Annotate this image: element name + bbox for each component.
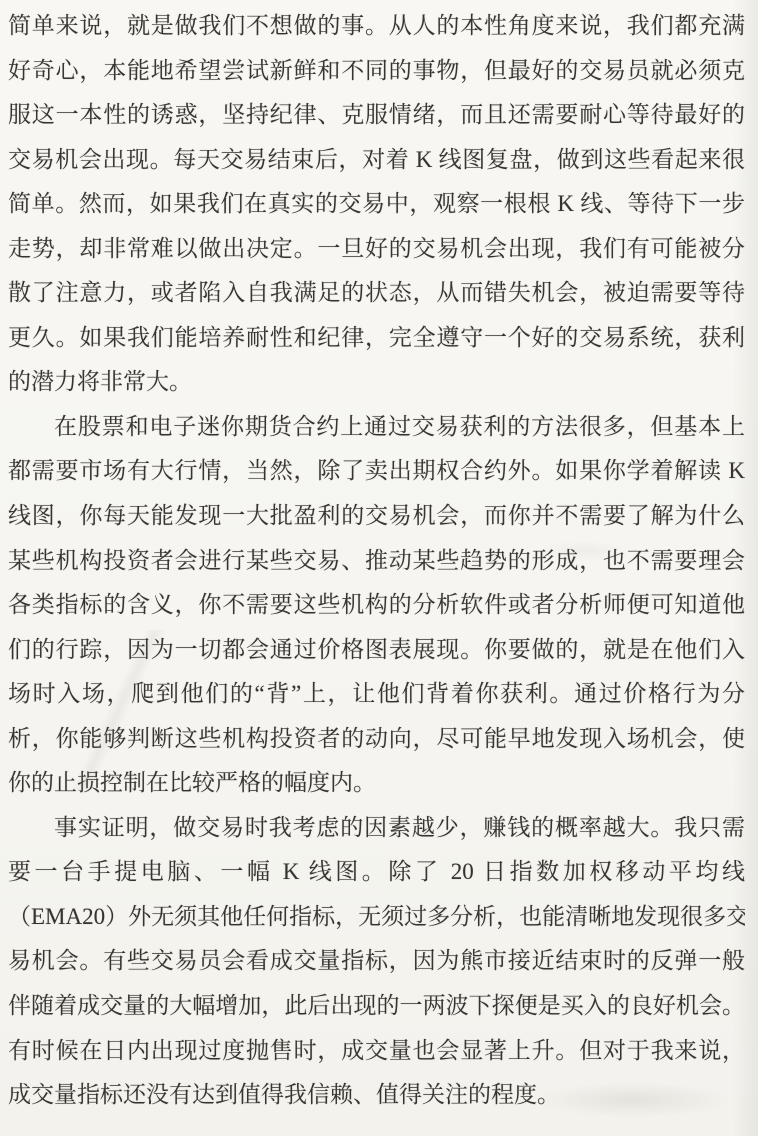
text-line: 成交量指标还没有达到值得我信赖、值得关注的程度。 <box>8 1073 745 1118</box>
text-line: 散了注意力，或者陷入自我满足的状态，从而错失机会，被迫需要等待 <box>8 271 745 316</box>
text-line: 简单来说，就是做我们不想做的事。从人的本性角度来说，我们都充满 <box>8 4 745 49</box>
text-line: 场时入场，爬到他们的“背”上，让他们背着你获利。通过价格行为分 <box>8 672 745 717</box>
text-line: （EMA20）外无须其他任何指标，无须过多分析，也能清晰地发现很多交 <box>8 895 745 940</box>
text-line: 要一台手提电脑、一幅 K 线图。除了 20 日指数加权移动平均线 <box>8 850 745 895</box>
text-line: 你的止损控制在比较严格的幅度内。 <box>8 761 745 806</box>
scanned-book-page: { "colors": { "paper": "#f6f5f1", "ink":… <box>0 0 758 1136</box>
text-line: 简单。然而，如果我们在真实的交易中，观察一根根 K 线、等待下一步 <box>8 182 745 227</box>
page-text-area: 简单来说，就是做我们不想做的事。从人的本性角度来说，我们都充满 好奇心，本能地希… <box>0 0 758 1136</box>
text-line: 们的行踪，因为一切都会通过价格图表展现。你要做的，就是在他们入 <box>8 628 745 673</box>
text-line: 走势，却非常难以做出决定。一旦好的交易机会出现，我们有可能被分 <box>8 227 745 272</box>
text-line: 的潜力将非常大。 <box>8 360 745 405</box>
text-line: 服这一本性的诱惑，坚持纪律、克服情绪，而且还需要耐心等待最好的 <box>8 93 745 138</box>
text-line: 线图，你每天能发现一大批盈利的交易机会，而你并不需要了解为什么 <box>8 494 745 539</box>
text-line: 有时候在日内出现过度抛售时，成交量也会显著上升。但对于我来说， <box>8 1029 745 1074</box>
paragraph-2: 在股票和电子迷你期货合约上通过交易获利的方法很多，但基本上 都需要市场有大行情，… <box>8 405 745 806</box>
text-line: 某些机构投资者会进行某些交易、推动某些趋势的形成，也不需要理会 <box>8 539 745 584</box>
text-line: 交易机会出现。每天交易结束后，对着 K 线图复盘，做到这些看起来很 <box>8 138 745 183</box>
text-line: 事实证明，做交易时我考虑的因素越少，赚钱的概率越大。我只需 <box>8 806 745 851</box>
paragraph-3: 事实证明，做交易时我考虑的因素越少，赚钱的概率越大。我只需 要一台手提电脑、一幅… <box>8 806 745 1118</box>
text-line: 易机会。有些交易员会看成交量指标，因为熊市接近结束时的反弹一般 <box>8 939 745 984</box>
text-line: 伴随着成交量的大幅增加，此后出现的一两波下探便是买入的良好机会。 <box>8 984 745 1029</box>
text-line: 好奇心，本能地希望尝试新鲜和不同的事物，但最好的交易员就必须克 <box>8 49 745 94</box>
paragraph-1: 简单来说，就是做我们不想做的事。从人的本性角度来说，我们都充满 好奇心，本能地希… <box>8 4 745 405</box>
text-line: 在股票和电子迷你期货合约上通过交易获利的方法很多，但基本上 <box>8 405 745 450</box>
text-line: 都需要市场有大行情，当然，除了卖出期权合约外。如果你学着解读 K <box>8 449 745 494</box>
text-line: 析，你能够判断这些机构投资者的动向，尽可能早地发现入场机会，使 <box>8 717 745 762</box>
text-line: 各类指标的含义，你不需要这些机构的分析软件或者分析师便可知道他 <box>8 583 745 628</box>
text-line: 更久。如果我们能培养耐性和纪律，完全遵守一个好的交易系统，获利 <box>8 316 745 361</box>
